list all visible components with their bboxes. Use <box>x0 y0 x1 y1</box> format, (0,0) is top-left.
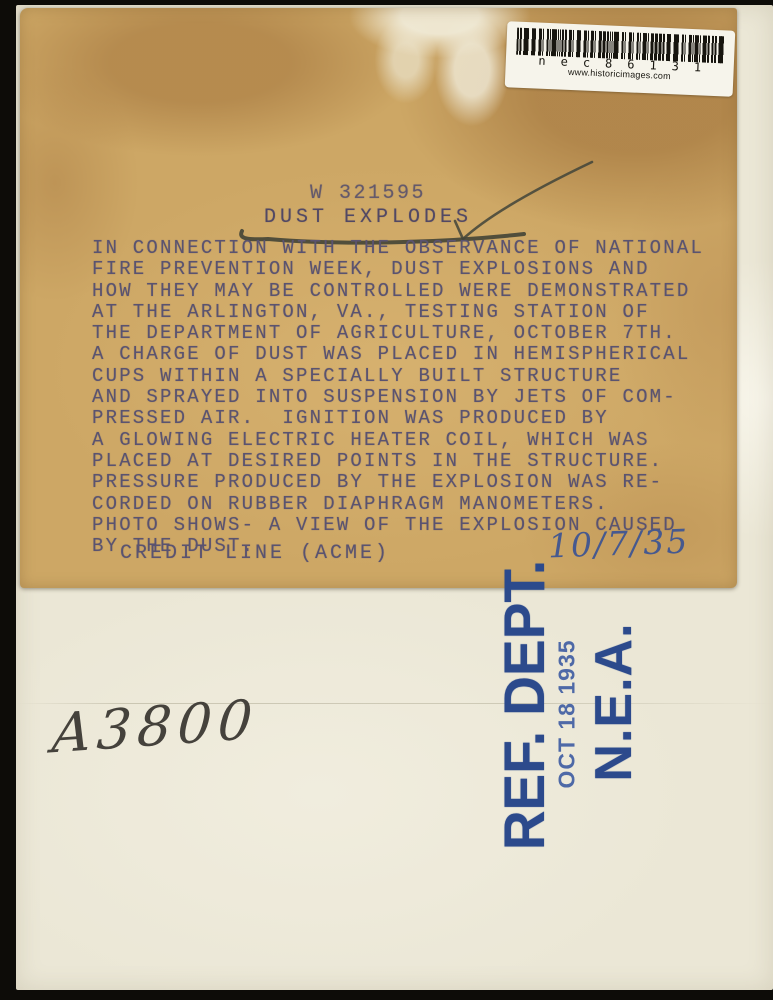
caption-paper: nec86131 www.historicimages.com W 321595… <box>20 8 737 588</box>
caption-body: IN CONNECTION WITH THE OBSERVANCE OF NAT… <box>92 238 704 557</box>
ref-dept-stamp: REF. DEPT. <box>490 560 557 850</box>
barcode-label: nec86131 www.historicimages.com <box>505 21 736 96</box>
nea-stamp: N.E.A. <box>584 622 644 781</box>
check-swoosh <box>455 162 592 239</box>
photo-back-scan: nec86131 www.historicimages.com W 321595… <box>0 0 773 1000</box>
date-stamp: OCT 18 1935 <box>554 639 581 788</box>
photo-paper: nec86131 www.historicimages.com W 321595… <box>16 5 773 990</box>
caption-title: DUST EXPLODES <box>264 206 472 229</box>
handwritten-id: A3800 <box>50 688 260 766</box>
caption-date-handwritten: 10/7/35 <box>547 522 689 566</box>
caption-number: W 321595 <box>310 182 426 205</box>
credit-line: CREDIT LINE (ACME) <box>120 542 390 565</box>
